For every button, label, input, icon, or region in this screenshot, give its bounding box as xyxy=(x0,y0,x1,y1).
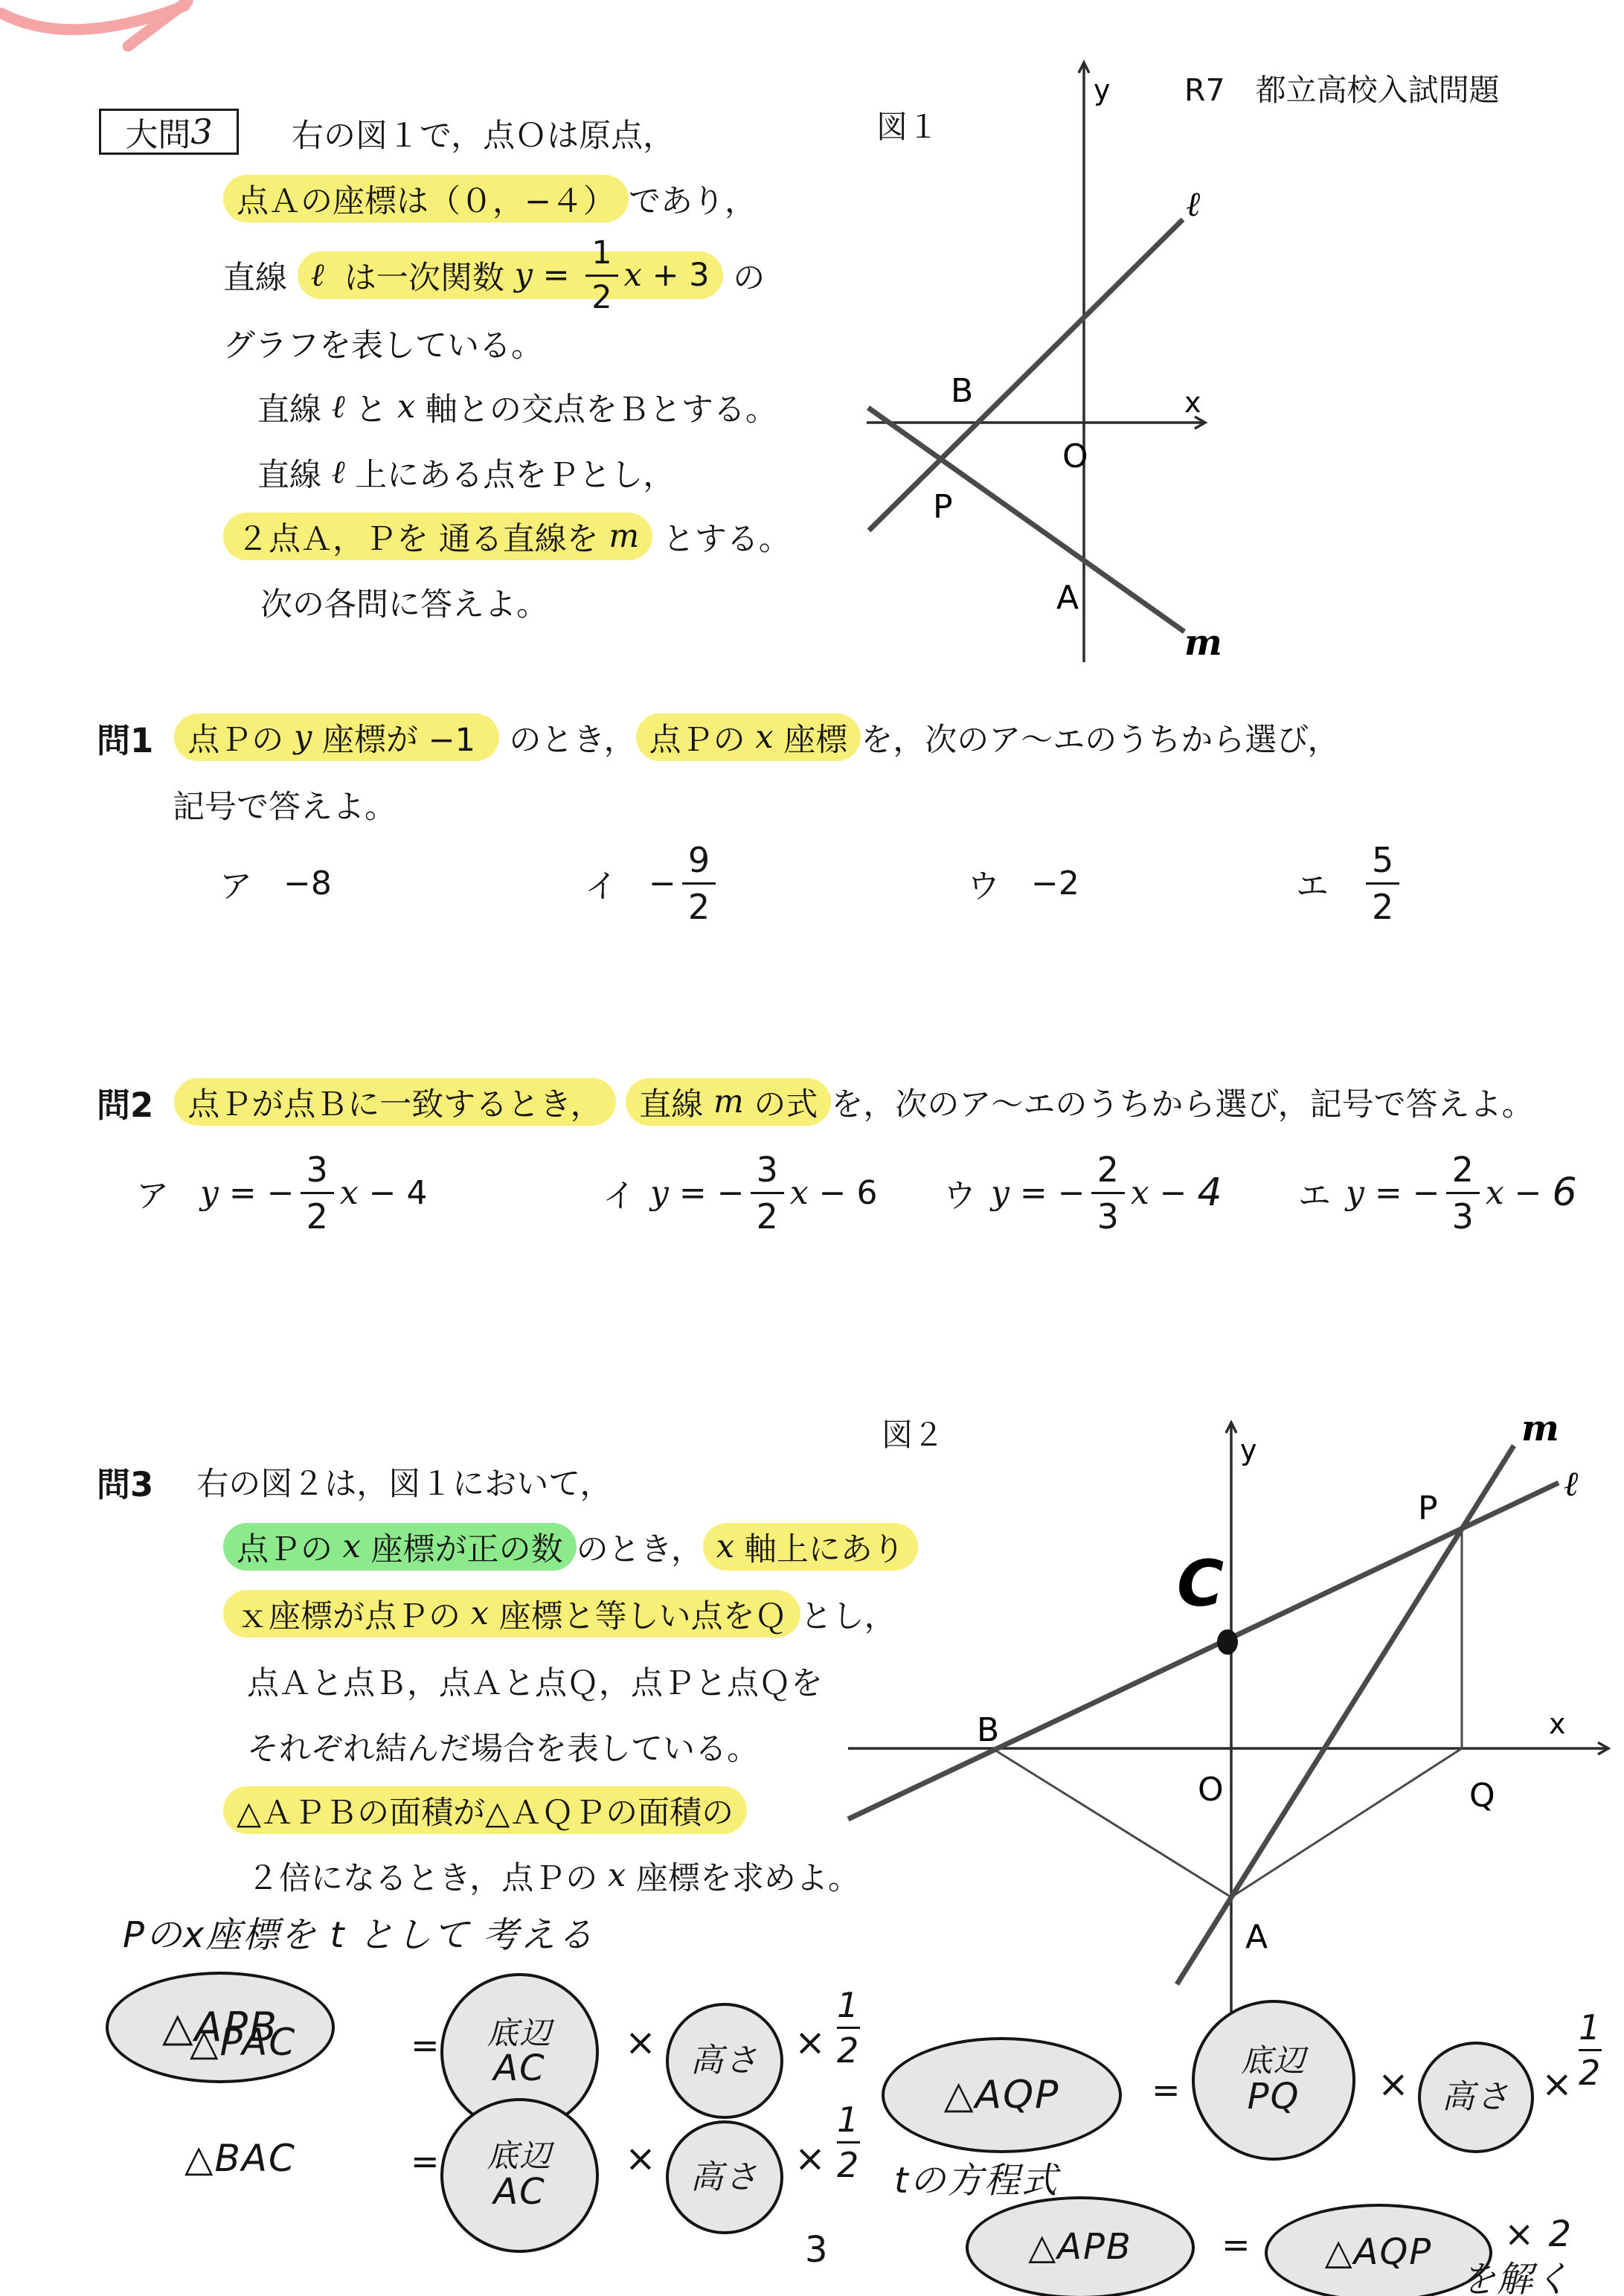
q1-choice-e-fraction: 5 2 xyxy=(1366,843,1399,924)
statement-line-5-pre: 直線 xyxy=(257,385,332,430)
q2-i-den: 2 xyxy=(751,1192,784,1234)
highlight-line-m-definition: ２点Ａ，Ｐを 通る直線を m xyxy=(223,513,652,560)
q1-rest-text: を，次のア〜エのうちから選び， xyxy=(861,715,1339,760)
q2-label: 問2 xyxy=(97,1078,153,1126)
oval-takasa-1-text: 高さ xyxy=(690,2043,759,2079)
q2-h2-pre: 直線 xyxy=(639,1080,713,1125)
q3-l2-gb: 座標が正の数 xyxy=(361,1524,563,1570)
q3-label: 問3 xyxy=(97,1458,153,1506)
fig2-point-c-dot xyxy=(1217,1629,1238,1655)
eq1-times-1: × xyxy=(625,2021,658,2064)
oval-teihen-pq-line2: PQ xyxy=(1248,2078,1300,2117)
oval-apb-2: △APB xyxy=(966,2196,1195,2296)
q3-l7-a: ２倍になるとき，点Ｐの xyxy=(247,1853,608,1899)
q1-mid-text: のとき， xyxy=(499,715,636,760)
statement-line-8-text: 次の各問に答えよ。 xyxy=(260,580,548,625)
eq2-equals: = xyxy=(411,2141,441,2181)
q1-choice-a: ア −8 xyxy=(219,827,332,939)
oval-teihen-1-line2: AC xyxy=(493,2050,545,2088)
q3-line-3: ｘ座標が点Ｐの x 座標と等しい点をＱ とし， xyxy=(223,1589,896,1638)
q2-choice-e: エ y = − 2 3 x − 6 xyxy=(1298,1137,1579,1248)
q3-l2-ga: 点Ｐの xyxy=(237,1524,343,1570)
eq1-half-den: 2 xyxy=(837,2027,860,2068)
q2-u-eq: = xyxy=(1010,1174,1058,1212)
line-l-symbol-2: ℓ xyxy=(332,388,345,426)
q2-choice-e-label: エ xyxy=(1298,1169,1331,1216)
eqr-half-num: 1 xyxy=(1579,2010,1602,2045)
q1-line-2-text: 記号で答えよ。 xyxy=(173,782,397,827)
q3-line-5-text: それぞれ結んだ場合を表している。 xyxy=(247,1724,759,1769)
q2-i-frac: 3 2 xyxy=(751,1152,784,1234)
oval-takasa-2-text: 高さ xyxy=(690,2160,759,2196)
q2-gap xyxy=(616,1083,626,1120)
q3-highlight-positive-x: 点Ｐの x 座標が正の数 xyxy=(223,1523,577,1571)
q1-choice-e-num: 5 xyxy=(1366,843,1399,882)
q2-e-x: x xyxy=(1486,1174,1504,1212)
worksheet-page: R7 都立高校入試問題 大問 3 右の図１で，点Ｏは原点， 点Ａの座標は（０，−… xyxy=(0,0,1624,2296)
q1-h1a: 点Ｐの xyxy=(187,715,294,760)
oval-teihen-2-line1: 底辺 xyxy=(487,2139,552,2172)
fig2-line-m xyxy=(1177,1446,1514,1984)
q2-choice-i-label: イ xyxy=(603,1169,635,1216)
oval-takasa-2: 高さ xyxy=(666,2120,783,2234)
q1-choice-e-label: エ xyxy=(1296,859,1329,907)
fig2-point-b-label: B xyxy=(977,1711,999,1749)
q1-choice-e: エ 5 2 xyxy=(1296,827,1405,939)
q2-e-const-handwritten: 6 xyxy=(1553,1170,1579,1215)
q1-h2b: 座標 xyxy=(774,715,848,760)
q2-choice-i: イ y = − 3 2 x − 6 xyxy=(603,1137,878,1248)
q3-l2-mid: のとき， xyxy=(577,1524,703,1570)
q3-line-1-text: 右の図２は，図１において， xyxy=(196,1459,612,1504)
fig1-origin-label: O xyxy=(1062,437,1088,475)
grader-pink-mark xyxy=(0,0,223,89)
q1-x-symbol: x xyxy=(755,719,773,756)
eq2-half-den: 2 xyxy=(837,2141,860,2182)
q2-a-const: 4 xyxy=(407,1174,428,1212)
highlight-line-l-equation: ℓ は一次関数 y = 1 2 x + 3 xyxy=(298,251,723,299)
fig2-point-p-label: P xyxy=(1418,1489,1438,1527)
q2-a-y: y xyxy=(200,1174,219,1212)
q1-choice-i-minus: − xyxy=(649,865,676,902)
statement-line-1-text: 右の図１で，点Ｏは原点， xyxy=(292,111,675,156)
figure-2: 図２ y x m ℓ P B O Q A C xyxy=(841,1399,1624,2094)
oval-takasa-3: 高さ xyxy=(1418,2042,1534,2153)
note-solve: を解く xyxy=(1460,2251,1571,2296)
fig2-line-l-label: ℓ xyxy=(1564,1463,1579,1504)
fig2-point-c-handwritten-label: C xyxy=(1177,1547,1224,1621)
q3-highlight-point-q: ｘ座標が点Ｐの x 座標と等しい点をＱ xyxy=(223,1590,800,1638)
q3-line-5: それぞれ結んだ場合を表している。 xyxy=(247,1722,759,1771)
q1-choice-u-label: ウ xyxy=(967,859,1000,907)
statement-line-2: 点Ａの座標は（０，−４） であり， xyxy=(223,174,757,223)
statement-line-3-pre: 直線 xyxy=(223,253,298,298)
q1-line-1: 問1 点Ｐの y 座標が −1 のとき， 点Ｐの x 座標 を，次のア〜エのうち… xyxy=(97,713,1340,762)
fig2-point-q-label: Q xyxy=(1469,1777,1495,1815)
oval-aqp-2-text: △AQP xyxy=(1325,2234,1432,2272)
q2-u-den: 3 xyxy=(1091,1192,1125,1234)
q3-line-6-text: △ＡＰＢの面積が△ＡＱＰの面積の xyxy=(237,1788,734,1833)
figure-1-graph: y x B O P A ℓ m xyxy=(841,45,1624,714)
eqr-equals: = xyxy=(1152,2070,1182,2110)
statement-line-1: 右の図１で，点Ｏは原点， xyxy=(292,109,675,158)
eq2-times-2: × xyxy=(795,2137,827,2180)
q2-rest-text: を，次のア〜エのうちから選び，記号で答えよ。 xyxy=(831,1080,1533,1125)
q2-e-num: 2 xyxy=(1446,1152,1480,1192)
q3-line-4-text: 点Ａと点Ｂ，点Ａと点Ｑ，点Ｐと点Ｑを xyxy=(247,1658,823,1704)
q1-choice-u-value: −2 xyxy=(1031,865,1079,902)
eqr-half-den: 2 xyxy=(1579,2049,1602,2090)
eqr-times-1: × xyxy=(1378,2062,1410,2106)
q1-line-2: 記号で答えよ。 xyxy=(173,780,397,829)
eq2-half: 1 2 xyxy=(837,2103,860,2182)
oval-apb-2-text: △APB xyxy=(1028,2228,1132,2267)
oval-teihen-pq-line1: 底辺 xyxy=(1241,2044,1306,2077)
eq1-times-2: × xyxy=(795,2021,827,2064)
fig2-y-label: y xyxy=(1240,1434,1257,1466)
q2-e-frac: 2 3 xyxy=(1446,1152,1480,1234)
daimon-label: 大問 xyxy=(125,108,190,155)
statement-line-3: 直線 ℓ は一次関数 y = 1 2 x + 3 の xyxy=(223,231,765,320)
q2-i-minus: − xyxy=(717,1174,745,1212)
oval-teihen-pq: 底辺 PQ xyxy=(1192,2000,1355,2161)
q2-i-minus2: − xyxy=(809,1174,857,1212)
q2-a-minus: − xyxy=(267,1174,295,1212)
eqr-times-2: × xyxy=(1541,2062,1574,2106)
equation-constant: 3 xyxy=(689,257,709,294)
q1-choice-u: ウ −2 xyxy=(967,827,1079,939)
oval-teihen-ac-2: 底辺 AC xyxy=(440,2098,599,2253)
q1-label: 問1 xyxy=(97,714,153,762)
q2-u-const-handwritten: 4 xyxy=(1198,1170,1224,1215)
q2-choice-u-label: ウ xyxy=(943,1169,976,1216)
q2-i-eq: = xyxy=(669,1174,717,1212)
fig1-y-label: y xyxy=(1094,74,1111,106)
q1-highlight-x-coord: 点Ｐの x 座標 xyxy=(636,714,861,761)
daimon-box: 大問 3 xyxy=(99,109,239,155)
q2-i-num: 3 xyxy=(751,1152,784,1192)
figure-2-graph: y x m ℓ P B O Q A C xyxy=(841,1399,1624,2094)
q1-choice-a-value: −8 xyxy=(283,865,332,902)
eq2-half-num: 1 xyxy=(837,2103,860,2137)
q2-e-eq: = xyxy=(1364,1174,1413,1212)
equation-equals: = xyxy=(533,257,580,294)
q1-choice-e-den: 2 xyxy=(1366,882,1399,924)
q2-e-minus: − xyxy=(1413,1174,1440,1212)
eq2-times-1: × xyxy=(625,2137,658,2180)
two-points-text: ２点Ａ，Ｐを 通る直線を xyxy=(237,514,609,559)
q3-l3-a: ｘ座標が点Ｐの xyxy=(237,1591,471,1637)
q2-u-num: 2 xyxy=(1091,1152,1125,1192)
q1-y-symbol: y xyxy=(294,719,312,756)
figure-2-title: 図２ xyxy=(882,1411,944,1455)
oval-takasa-3-text: 高さ xyxy=(1442,2079,1510,2115)
fig1-x-label: x xyxy=(1184,386,1201,419)
q2-a-den: 2 xyxy=(301,1192,334,1234)
q3-l2-gx: x xyxy=(343,1528,361,1565)
highlight-point-a-coords: 点Ａの座標は（０，−４） xyxy=(223,175,629,222)
statement-line-6-pre: 直線 xyxy=(257,450,332,496)
statement-line-4-text: グラフを表している。 xyxy=(223,321,543,366)
q2-i-x: x xyxy=(790,1174,809,1212)
fig1-point-a-label: A xyxy=(1056,579,1079,617)
q2-a-eq: = xyxy=(219,1174,267,1212)
q2-a-num: 3 xyxy=(301,1152,334,1192)
fig2-segment-q-a xyxy=(1231,1748,1462,1897)
eq1-equals: = xyxy=(411,2025,441,2065)
q1-h1b: 座標が −1 xyxy=(312,715,485,760)
line-l-symbol: ℓ xyxy=(311,257,324,294)
q2-e-den: 3 xyxy=(1446,1192,1480,1234)
statement-line-5: 直線 ℓ と x 軸との交点をＢとする。 xyxy=(257,382,777,432)
q3-line-4: 点Ａと点Ｂ，点Ａと点Ｑ，点Ｐと点Ｑを xyxy=(247,1656,823,1705)
fig1-point-b-label: B xyxy=(951,372,973,410)
q2-h2-post: の式 xyxy=(744,1080,818,1125)
oval-teihen-1-line1: 底辺 xyxy=(487,2016,552,2050)
oval-aqp-text: △AQP xyxy=(944,2074,1060,2116)
q2-i-y: y xyxy=(650,1174,669,1212)
statement-line-7-post: とする。 xyxy=(652,514,791,559)
eq1-half: 1 2 xyxy=(837,1988,860,2068)
q2-a-frac: 3 2 xyxy=(301,1152,334,1234)
q2-choice-a: ア y = − 3 2 x − 4 xyxy=(136,1137,428,1248)
oval-takasa-1: 高さ xyxy=(666,2003,783,2119)
fig2-point-a-label: A xyxy=(1245,1918,1268,1956)
q1-highlight-y-coord: 点Ｐの y 座標が −1 xyxy=(174,714,498,761)
q3-line-1: 問3 右の図２は，図１において， xyxy=(97,1457,612,1506)
q2-h1-text: 点Ｐが点Ｂに一致するとき， xyxy=(187,1080,602,1125)
linear-function-text: は一次関数 xyxy=(324,253,515,298)
statement-line-6-post: 上にある点をＰとし， xyxy=(345,450,675,496)
q1-choice-a-label: ア xyxy=(219,859,252,907)
fig2-segment-b-a xyxy=(995,1750,1231,1897)
q3-l3-x: x xyxy=(471,1595,489,1632)
q2-m-symbol: m xyxy=(713,1083,744,1120)
fig1-line-m-label: m xyxy=(1184,622,1222,664)
fig1-line-l xyxy=(869,219,1183,530)
statement-line-4: グラフを表している。 xyxy=(223,318,543,368)
fig2-x-label: x xyxy=(1549,1707,1566,1740)
q2-i-const: 6 xyxy=(857,1174,878,1212)
point-a-coords-text: 点Ａの座標は（０，−４） xyxy=(237,176,615,222)
fig1-line-m xyxy=(868,408,1184,632)
q2-choice-a-label: ア xyxy=(136,1169,169,1216)
q1-choice-i: イ − 9 2 xyxy=(585,827,722,939)
q3-l7-b: 座標を求めよ。 xyxy=(626,1853,860,1899)
page-number: 3 xyxy=(805,2229,828,2271)
equation-x: x xyxy=(624,257,642,294)
figure-1-title: 図１ xyxy=(876,103,939,147)
fraction-denominator: 2 xyxy=(585,275,617,314)
q2-e-minus2: − xyxy=(1504,1174,1553,1212)
statement-line-3-post: の xyxy=(723,253,766,298)
q2-e-y: y xyxy=(1346,1174,1364,1212)
oval-teihen-2-line2: AC xyxy=(493,2173,545,2212)
equation-y: y xyxy=(515,257,533,294)
fig1-line-l-label: ℓ xyxy=(1186,184,1201,224)
q2-u-minus2: − xyxy=(1149,1174,1198,1212)
q2-u-x: x xyxy=(1131,1174,1149,1212)
fig2-origin-label: O xyxy=(1198,1771,1224,1809)
q2-line-1: 問2 点Ｐが点Ｂに一致するとき， 直線 m の式 を，次のア〜エのうちから選び，… xyxy=(97,1077,1534,1126)
note-times-2: × 2 xyxy=(1504,2213,1573,2255)
q3-l3-b: 座標と等しい点をＱ xyxy=(489,1591,787,1637)
statement-line-6: 直線 ℓ 上にある点をＰとし， xyxy=(257,448,675,497)
equation-fraction-half: 1 2 xyxy=(585,237,617,314)
q2-u-y: y xyxy=(991,1174,1010,1212)
q3-line-2: 点Ｐの x 座標が正の数 のとき， x 軸上にあり xyxy=(223,1522,918,1571)
q1-choice-i-den: 2 xyxy=(682,882,716,924)
note-think: Pのx座標を t として 考える xyxy=(123,1906,594,1957)
oval-aqp: △AQP xyxy=(882,2037,1122,2153)
line-l-symbol-3: ℓ xyxy=(332,454,345,491)
q1-choice-i-num: 9 xyxy=(682,843,716,882)
q2-highlight-coincide: 点Ｐが点Ｂに一致するとき， xyxy=(174,1078,615,1126)
eq1-pac: △PAC xyxy=(190,2021,296,2064)
fig1-point-p-label: P xyxy=(933,488,953,526)
q1-h2a: 点Ｐの xyxy=(649,715,756,760)
q2-a-minus2: − xyxy=(359,1174,407,1212)
q2-choice-u: ウ y = − 2 3 x − 4 xyxy=(943,1137,1224,1248)
x-axis-symbol: x xyxy=(397,388,415,426)
q1-choice-i-label: イ xyxy=(585,859,617,907)
q3-l2-yx: x xyxy=(716,1528,734,1565)
eqr-half: 1 2 xyxy=(1579,2010,1602,2090)
q3-highlight-area-relation: △ＡＰＢの面積が△ＡＱＰの面積の xyxy=(223,1786,747,1834)
note-t-equation: tの方程式 xyxy=(894,2152,1059,2203)
eqs-equals: = xyxy=(1222,2225,1252,2265)
eq1-half-num: 1 xyxy=(837,1988,860,2022)
q3-line-7: ２倍になるとき，点Ｐの x 座標を求めよ。 xyxy=(247,1851,860,1900)
line-m-symbol: m xyxy=(609,518,639,555)
statement-line-5-post: 軸との交点をＢとする。 xyxy=(415,385,777,430)
q2-a-x: x xyxy=(340,1174,359,1212)
statement-line-8: 次の各問に答えよ。 xyxy=(260,577,548,626)
oval-aqp-2: △AQP xyxy=(1265,2204,1492,2296)
q3-l7-x: x xyxy=(608,1857,626,1894)
fig2-line-m-label: m xyxy=(1521,1408,1559,1449)
q2-u-minus: − xyxy=(1058,1174,1085,1212)
q3-line-6: △ＡＰＢの面積が△ＡＱＰの面積の xyxy=(223,1786,747,1835)
daimon-number: 3 xyxy=(190,112,212,152)
fig2-line-l xyxy=(848,1483,1559,1819)
statement-line-2-rest: であり， xyxy=(629,176,757,222)
q2-highlight-line-m-eq: 直線 m の式 xyxy=(626,1078,831,1126)
statement-line-7: ２点Ａ，Ｐを 通る直線を m とする。 xyxy=(223,512,791,561)
q2-u-frac: 2 3 xyxy=(1091,1152,1125,1234)
fraction-numerator: 1 xyxy=(585,237,617,275)
statement-line-5-mid: と xyxy=(345,385,397,430)
eq2-bac: △BAC xyxy=(184,2137,296,2180)
figure-1: 図１ y x B O P A ℓ m xyxy=(841,45,1624,714)
equation-plus: + xyxy=(642,257,689,294)
q1-choice-i-fraction: 9 2 xyxy=(682,843,716,924)
